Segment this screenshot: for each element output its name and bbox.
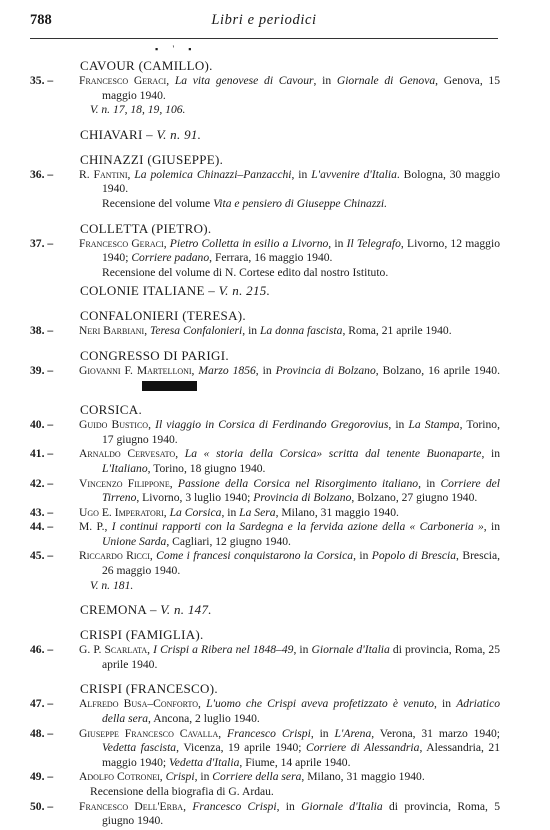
note-text: Recensione del volume <box>102 197 213 210</box>
entry-journal-2: Provincia di Bolzano <box>253 491 351 504</box>
section-heading: CONFALONIERI (TERESA). <box>80 308 500 324</box>
entry-journal: Giornale d'Italia <box>312 643 390 656</box>
separator: – <box>205 283 219 298</box>
entry-journal: Corriere della sera <box>212 770 301 783</box>
entry-author: G. P. Scarlata <box>79 643 147 656</box>
entry-journal: Giornale di Genova <box>337 74 435 87</box>
entry-number: 44. – <box>30 520 80 535</box>
bibliography-entry: 40. –Guido Bustico, Il viaggio in Corsic… <box>30 418 500 447</box>
inline-cross-reference: V. n. 215. <box>219 283 271 298</box>
entry-journal-3: Corriere di Alessandria <box>306 741 419 754</box>
entry-author: Adolfo Cotronei <box>79 770 160 783</box>
entry-title: Il viaggio in Corsica di Ferdinando Greg… <box>155 418 388 431</box>
entry-details: , Roma, 21 aprile 1940. <box>342 324 451 337</box>
page-header: 788 Libri e periodici <box>30 12 498 34</box>
entry-author: M. P. <box>79 520 105 533</box>
entry-title: La « storia della Corsica» scritta dal t… <box>185 447 482 460</box>
entry-number: 39. – <box>30 364 80 379</box>
bibliography-entry: 48. –Giuseppe Francesco Cavalla, Frances… <box>30 727 500 771</box>
entry-note: Recensione del volume di N. Cortese edit… <box>30 266 500 281</box>
bibliography-entry: 45. –Riccardo Ricci, Come i francesi con… <box>30 549 500 578</box>
entry-title: Come i francesi conquistarono la Corsica <box>156 549 353 562</box>
section-heading: COLLETTA (PIETRO). <box>80 221 500 237</box>
bibliography-list: CAVOUR (CAMILLO). 35. –Francesco Geraci,… <box>30 58 500 829</box>
entry-number: 50. – <box>30 800 80 815</box>
entry-connector: , in <box>388 418 408 431</box>
entry-details: , Livorno, 3 luglio 1940; <box>136 491 253 504</box>
entry-author: Ugo E. Imperatori <box>79 506 164 519</box>
print-specks: ▪ ' ▪ <box>155 44 198 54</box>
entry-title: Passione della Corsica nel Risorgimento … <box>178 477 418 490</box>
entry-number: 42. – <box>30 477 80 492</box>
note-title: Vita e pensiero di Giuseppe Chinazzi. <box>213 197 387 210</box>
entry-number: 41. – <box>30 447 80 462</box>
ink-blot <box>142 381 197 391</box>
entry-journal: L'avvenire d'Italia <box>311 168 397 181</box>
entry-number: 49. – <box>30 770 80 785</box>
entry-title: La polemica Chinazzi–Panzacchi <box>134 168 291 181</box>
entry-author: R. Fantini <box>79 168 128 181</box>
entry-number: 36. – <box>30 168 80 183</box>
entry-journal: La Stampa <box>408 418 459 431</box>
entry-note: Recensione della biografia di G. Ardau. <box>30 785 500 800</box>
bibliography-entry: 49. –Adolfo Cotronei, Crispi, in Corrier… <box>30 770 500 785</box>
entry-journal: Provincia di Bolzano <box>276 364 376 377</box>
entry-title: Francesco Crispi <box>227 727 311 740</box>
separator: – <box>143 127 157 142</box>
entry-author: Giuseppe Francesco Cavalla <box>79 727 218 740</box>
inline-cross-reference: V. n. 91. <box>157 127 202 142</box>
bibliography-entry: 37. –Francesco Geraci, Pietro Colletta i… <box>30 237 500 266</box>
entry-journal: Giornale d'Italia <box>301 800 383 813</box>
entry-connector: , in <box>242 324 260 337</box>
entry-number: 48. – <box>30 727 80 742</box>
entry-number: 43. – <box>30 506 80 521</box>
bibliography-entry: 44. –M. P., I continui rapporti con la S… <box>30 520 500 549</box>
section-heading: CAVOUR (CAMILLO). <box>80 58 500 74</box>
entry-journal: Unione Sarda <box>102 535 166 548</box>
entry-connector: , in <box>221 506 239 519</box>
inline-cross-reference: V. n. 147. <box>160 602 212 617</box>
bibliography-entry: 38. –Neri Barbiani, Teresa Confalonieri,… <box>30 324 500 339</box>
entry-connector: , in <box>256 364 276 377</box>
entry-author: Vincenzo Filippone <box>79 477 170 490</box>
entry-details: , Ancona, 2 luglio 1940. <box>148 712 260 725</box>
section-heading-text: CREMONA <box>80 602 146 617</box>
entry-connector: , in <box>311 727 335 740</box>
entry-author: Neri Barbiani <box>79 324 144 337</box>
entry-details: , Milano, 31 maggio 1940. <box>276 506 399 519</box>
entry-connector: , in <box>434 697 456 710</box>
section-heading: CORSICA. <box>80 402 500 418</box>
entry-details-2: , Vicenza, 19 aprile 1940; <box>176 741 306 754</box>
bibliography-entry: 39. –Giovanni F. Martelloni, Marzo 1856,… <box>30 364 500 393</box>
section-heading: CRISPI (FRANCESCO). <box>80 681 500 697</box>
entry-title: I continui rapporti con la Sardegna e la… <box>112 520 484 533</box>
entry-title: Teresa Confalonieri <box>150 324 242 337</box>
section-heading-with-ref: COLONIE ITALIANE – V. n. 215. <box>80 283 500 299</box>
entry-details-4: , Fiume, 14 aprile 1940. <box>239 756 350 769</box>
cross-reference: V. n. 181. <box>30 579 500 594</box>
bibliography-entry: 36. –R. Fantini, La polemica Chinazzi–Pa… <box>30 168 500 197</box>
entry-title: Pietro Colletta in esilio a Livorno <box>170 237 329 250</box>
entry-journal: La donna fascista <box>260 324 342 337</box>
entry-number: 45. – <box>30 549 80 564</box>
bibliography-entry: 43. –Ugo E. Imperatori, La Corsica, in L… <box>30 506 500 521</box>
entry-number: 47. – <box>30 697 80 712</box>
bibliography-entry: 47. –Alfredo Busa–Conforto, L'uomo che C… <box>30 697 500 726</box>
entry-journal-4: Vedetta d'Italia <box>169 756 239 769</box>
entry-connector: , in <box>314 74 337 87</box>
entry-number: 40. – <box>30 418 80 433</box>
entry-journal-2: Vedetta fascista <box>102 741 176 754</box>
entry-author: Arnaldo Cervesato <box>79 447 175 460</box>
entry-title: L'uomo che Crispi aveva profetizzato è v… <box>206 697 434 710</box>
entry-author: Francesco Dell'Erba <box>79 800 183 813</box>
entry-details: , Torino, 18 giugno 1940. <box>148 462 266 475</box>
entry-journal: Popolo di Brescia <box>372 549 456 562</box>
entry-author: Francesco Geraci <box>79 74 166 87</box>
bibliography-entry: 42. –Vincenzo Filippone, Passione della … <box>30 477 500 506</box>
section-heading: CONGRESSO DI PARIGI. <box>80 348 500 364</box>
separator: – <box>146 602 160 617</box>
entry-number: 38. – <box>30 324 80 339</box>
entry-author: Francesco Geraci <box>79 237 164 250</box>
entry-author: Riccardo Ricci <box>79 549 150 562</box>
entry-author: Guido Bustico <box>79 418 148 431</box>
entry-connector: , in <box>353 549 372 562</box>
section-heading: CRISPI (FAMIGLIA). <box>80 627 500 643</box>
entry-details-2: , Bolzano, 27 giugno 1940. <box>351 491 477 504</box>
section-heading-with-ref: CHIAVARI – V. n. 91. <box>80 127 500 143</box>
entry-title: Crispi <box>166 770 195 783</box>
bibliography-entry: 50. –Francesco Dell'Erba, Francesco Cris… <box>30 800 500 829</box>
entry-details-2: , Ferrara, 16 maggio 1940. <box>209 251 332 264</box>
entry-title: Marzo 1856 <box>198 364 255 377</box>
entry-connector: , in <box>481 447 500 460</box>
entry-details: , Milano, 31 maggio 1940. <box>301 770 424 783</box>
section-heading-text: COLONIE ITALIANE <box>80 283 205 298</box>
entry-connector: , in <box>484 520 500 533</box>
entry-title: La vita genovese di Cavour <box>175 74 314 87</box>
section-heading-with-ref: CREMONA – V. n. 147. <box>80 602 500 618</box>
bibliography-entry: 46. –G. P. Scarlata, I Crispi a Ribera n… <box>30 643 500 672</box>
entry-title: I Crispi a Ribera nel 1848–49 <box>153 643 293 656</box>
entry-details: , Bolzano, 16 aprile 1940. <box>376 364 500 377</box>
entry-journal-2: Corriere padano <box>131 251 209 264</box>
entry-number: 37. – <box>30 237 80 252</box>
entry-connector: , in <box>195 770 213 783</box>
entry-journal: La Sera <box>239 506 275 519</box>
entry-title: Francesco Crispi <box>192 800 276 813</box>
entry-connector: , in <box>292 168 312 181</box>
section-heading-text: CHIAVARI <box>80 127 143 142</box>
entry-details: , Verona, 31 marzo 1940; <box>371 727 500 740</box>
entry-number: 46. – <box>30 643 80 658</box>
cross-reference: V. n. 17, 18, 19, 106. <box>30 103 500 118</box>
entry-details: , Cagliari, 12 giugno 1940. <box>166 535 291 548</box>
entry-connector: , in <box>418 477 440 490</box>
running-title: Libri e periodici <box>30 12 498 29</box>
entry-connector: , in <box>328 237 346 250</box>
header-rule <box>30 38 498 39</box>
bibliography-entry: 41. –Arnaldo Cervesato, La « storia dell… <box>30 447 500 476</box>
entry-title: La Corsica <box>170 506 222 519</box>
section-heading: CHINAZZI (GIUSEPPE). <box>80 152 500 168</box>
bibliography-entry: 35. –Francesco Geraci, La vita genovese … <box>30 74 500 103</box>
entry-journal: Il Telegrafo <box>347 237 401 250</box>
entry-connector: , in <box>277 800 302 813</box>
entry-number: 35. – <box>30 74 80 89</box>
entry-connector: , in <box>293 643 311 656</box>
entry-note: Recensione del volume Vita e pensiero di… <box>30 197 500 212</box>
entry-author: Giovanni F. Martelloni <box>79 364 192 377</box>
entry-journal: L'Arena <box>334 727 371 740</box>
entry-journal: L'Italiano <box>102 462 148 475</box>
entry-author: Alfredo Busa–Conforto <box>79 697 198 710</box>
